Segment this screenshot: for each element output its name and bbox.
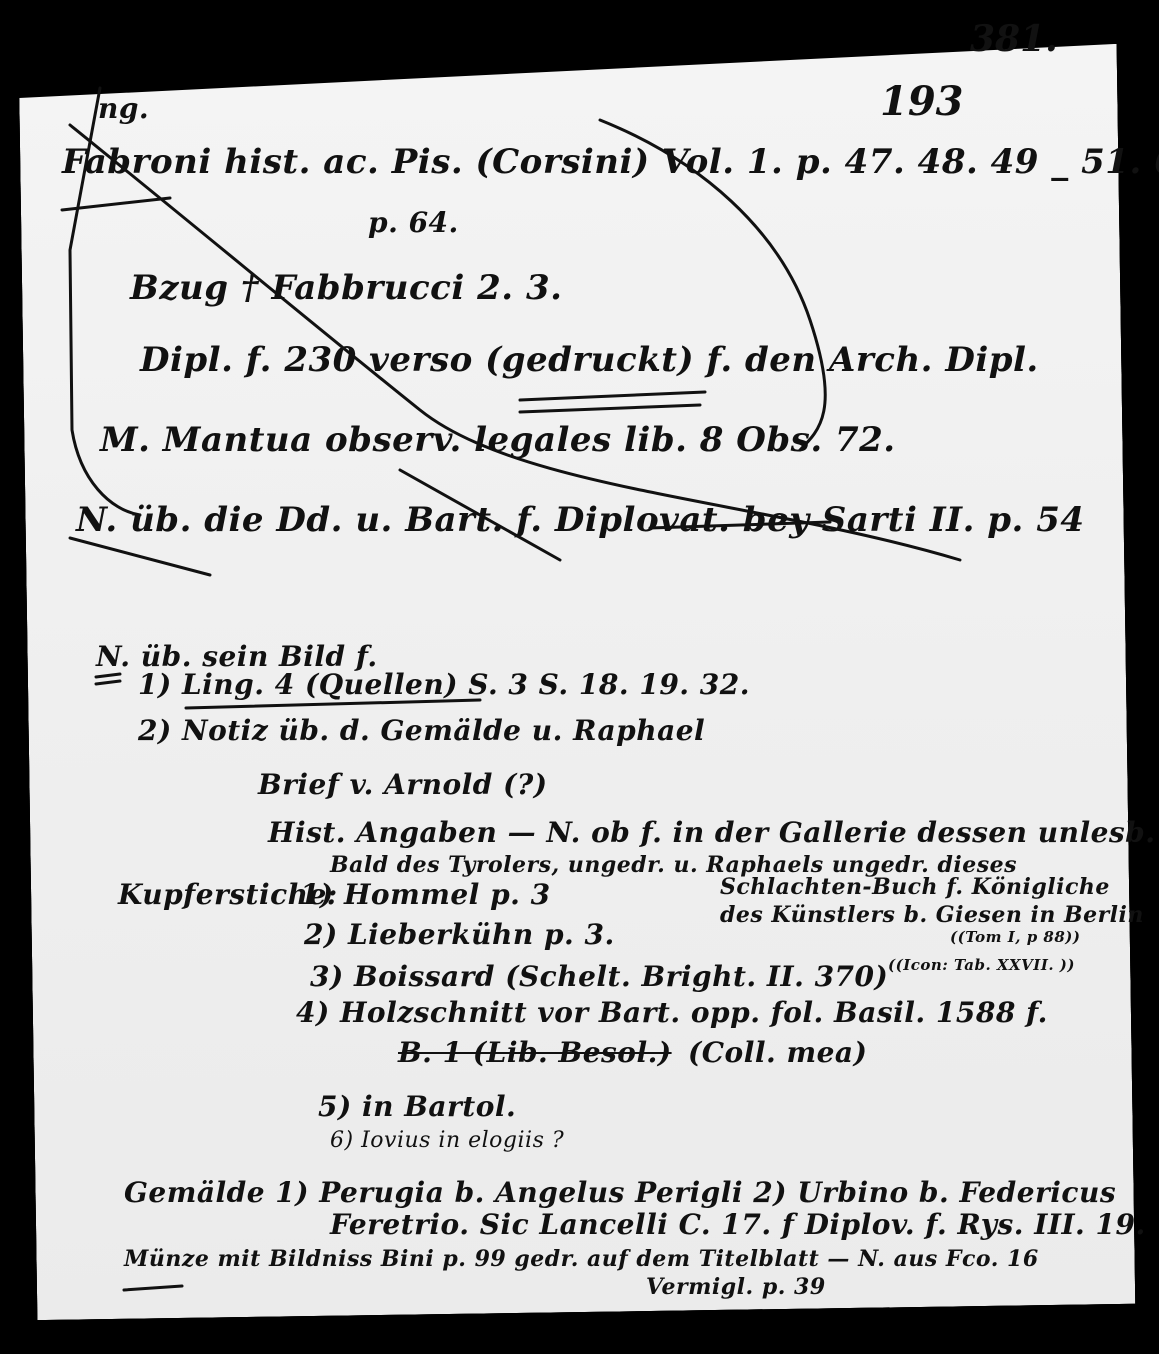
- item-kuenstler: des Künstlers b. Giesen in Berlin: [720, 902, 1144, 928]
- kupferstich-boissard: 3) Boissard (Schelt. Bright. II. 370): [310, 960, 888, 993]
- item-brief: Brief v. Arnold (?): [258, 768, 548, 801]
- page-number: 193: [880, 78, 964, 125]
- line-diplovat: N. üb. die Dd. u. Bart. f. Diplovat. bey…: [76, 500, 1085, 540]
- line-muenze: Münze mit Bildniss Bini p. 99 gedr. auf …: [124, 1246, 1039, 1272]
- line-vermigl: Vermigl. p. 39: [646, 1274, 826, 1300]
- line-mantua: M. Mantua observ. legales lib. 8 Obs. 72…: [100, 420, 896, 460]
- kupferstich-hommel: 1) Hommel p. 3: [300, 878, 551, 911]
- line-fabroni: Fabroni hist. ac. Pis. (Corsini) Vol. 1.…: [62, 142, 1159, 182]
- kupferstich-holzschnitt: 4) Holzschnitt vor Bart. opp. fol. Basil…: [296, 996, 1048, 1029]
- line-fabbrucci: Bzug † Fabbrucci 2. 3.: [130, 268, 562, 308]
- kupferstich-iovius: 6) Iovius in elogiis ?: [330, 1128, 564, 1153]
- item-notiz: 2) Notiz üb. d. Gemälde u. Raphael: [138, 714, 705, 747]
- line-dipl: Dipl. f. 230 verso (gedruckt) f. den Arc…: [140, 340, 1039, 380]
- line-fabroni-page: p. 64.: [368, 206, 459, 239]
- kupferstich-lieberkuehn: 2) Lieberkühn p. 3.: [304, 918, 615, 951]
- line-gemaelde: Gemälde 1) Perugia b. Angelus Perigli 2)…: [124, 1176, 1116, 1209]
- folio-number: 381.: [970, 18, 1058, 60]
- kupferstich-coll-mea: (Coll. mea): [688, 1036, 867, 1069]
- item-schlachten: Schlachten-Buch f. Königliche: [720, 874, 1110, 900]
- kupferstich-bartol: 5) in Bartol.: [318, 1090, 516, 1123]
- item-tom: ((Tom I, p 88)): [950, 928, 1080, 946]
- kupferstich-icon-note: ((Icon: Tab. XXVII. )): [888, 956, 1075, 974]
- item-quellen: 1) Ling. 4 (Quellen) S. 3 S. 18. 19. 32.: [138, 668, 750, 701]
- item-hist: Hist. Angaben — N. ob f. in der Gallerie…: [268, 816, 1156, 849]
- margin-note: ng.: [98, 92, 149, 125]
- line-feretrio: Feretrio. Sic Lancelli C. 17. f Diplov. …: [330, 1208, 1146, 1241]
- kupferstich-besol-struck: B. 1 (Lib. Besol.): [398, 1036, 672, 1069]
